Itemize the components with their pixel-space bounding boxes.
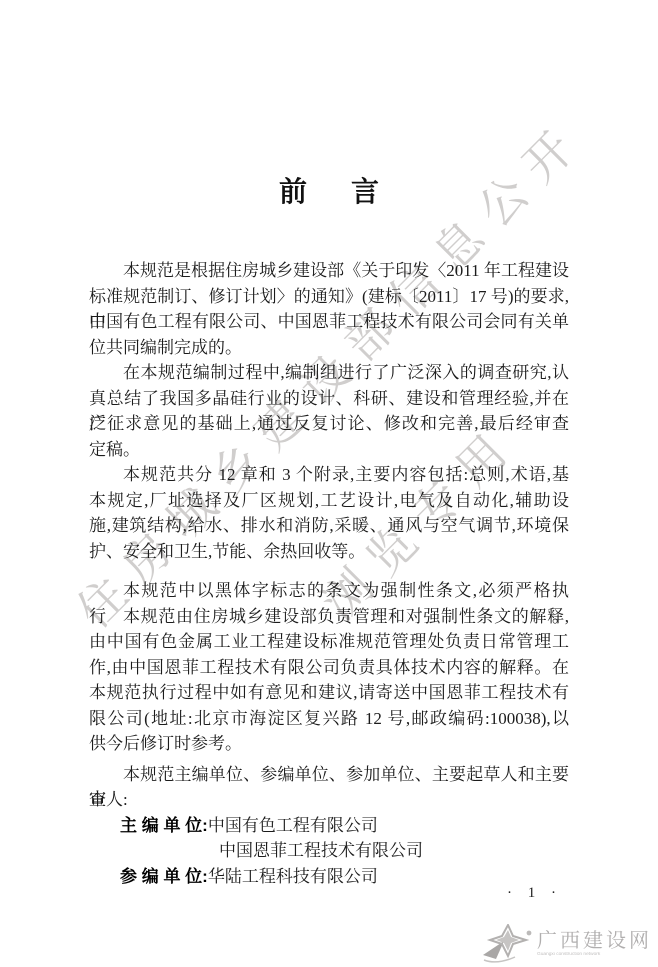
paragraph: 本规范主编单位、参编单位、参加单位、主要起草人和主要审查人: [89,762,569,813]
body-line: 作,由中国恩菲工程技术有限公司负责具体技术内容的解释。在 [89,655,569,681]
editing-units: 主 编 单 位:中国有色工程有限公司中国恩菲工程技术有限公司参 编 单 位:华陆… [89,813,569,890]
page-number: · 1 · [507,885,562,902]
body-line: 真总结了我国多晶硅行业的设计、科研、建设和管理经验,并在广 [89,386,569,412]
body-line: 标准规范制订、修订计划〉的通知》(建标〔2011〕17 号)的要求,由 [89,284,569,310]
document-page: 住房城乡建设部信息公开 浏览专用 前 言 本规范是根据住房城乡建设部《关于印发〈… [0,0,658,967]
body-line: 本规范执行过程中如有意见和建议,请寄送中国恩菲工程技术有 [89,680,569,706]
body-line: 本规定,厂址选择及厂区规划,工艺设计,电气及自动化,辅助设 [89,488,569,514]
title-char-1: 前 [279,176,307,208]
star-swoosh-icon [481,924,533,964]
paragraph: 本规范中以黑体字标志的条文为强制性条文,必须严格执行。 [89,578,569,604]
page-title: 前 言 [0,176,658,208]
paragraph: 本规范由住房城乡建设部负责管理和对强制性条文的解释,由中国有色金属工业工程建设标… [89,604,569,757]
body-line: 在本规范编制过程中,编制组进行了广泛深入的调查研究,认 [89,360,569,386]
logo-text-block: 广西建设网 Guangxi construction network [537,930,652,959]
title-char-2: 言 [351,176,379,208]
site-logo: 广西建设网 Guangxi construction network [481,924,652,964]
paragraph: 在本规范编制过程中,编制组进行了广泛深入的调查研究,认真总结了我国多晶硅行业的设… [89,360,569,462]
body-line: 泛征求意见的基础上,通过反复讨论、修改和完善,最后经审查 [89,411,569,437]
body-line: 定稿。 [89,437,569,463]
paragraph: 本规范是根据住房城乡建设部《关于印发〈2011 年工程建设标准规范制订、修订计划… [89,258,569,360]
foreword-body: 本规范是根据住房城乡建设部《关于印发〈2011 年工程建设标准规范制订、修订计划… [89,258,569,889]
body-line: 本规范中以黑体字标志的条文为强制性条文,必须严格执行。 [89,578,569,604]
paragraph: 本规范共分 12 章和 3 个附录,主要内容包括:总则,术语,基本规定,厂址选择… [89,462,569,564]
unit-label: 主 编 单 位: [120,816,208,835]
logo-site-name: 广西建设网 [537,930,652,952]
paragraph-container: 本规范是根据住房城乡建设部《关于印发〈2011 年工程建设标准规范制订、修订计划… [89,258,569,813]
body-line: 本规范是根据住房城乡建设部《关于印发〈2011 年工程建设 [89,258,569,284]
body-line: 施,建筑结构,给水、排水和消防,采暖、通风与空气调节,环境保 [89,513,569,539]
unit-name: 华陆工程科技有限公司 [208,867,378,886]
body-line: 限公司(地址:北京市海淀区复兴路 12 号,邮政编码:100038),以 [89,706,569,732]
unit-label: 参 编 单 位: [120,867,208,886]
body-line: 查人: [89,787,569,813]
body-line: 由中国有色金属工业工程建设标准规范管理处负责日常管理工 [89,629,569,655]
unit-name: 中国恩菲工程技术有限公司 [219,841,423,860]
body-line: 中国有色工程有限公司、中国恩菲工程技术有限公司会同有关单 [89,309,569,335]
unit-name: 中国有色工程有限公司 [208,816,378,835]
body-line: 本规范共分 12 章和 3 个附录,主要内容包括:总则,术语,基 [89,462,569,488]
body-line: 供今后修订时参考。 [89,731,569,757]
body-line: 本规范主编单位、参编单位、参加单位、主要起草人和主要审 [89,762,569,788]
unit-row: 主 编 单 位:中国有色工程有限公司 [89,813,569,839]
unit-row: 参 编 单 位:华陆工程科技有限公司 [89,864,569,890]
body-line: 位共同编制完成的。 [89,335,569,361]
body-line: 护、安全和卫生,节能、余热回收等。 [89,539,569,565]
logo-caption: Guangxi construction network [537,952,629,958]
body-line: 本规范由住房城乡建设部负责管理和对强制性条文的解释, [89,604,569,630]
unit-continuation-line: 中国恩菲工程技术有限公司 [89,838,569,864]
